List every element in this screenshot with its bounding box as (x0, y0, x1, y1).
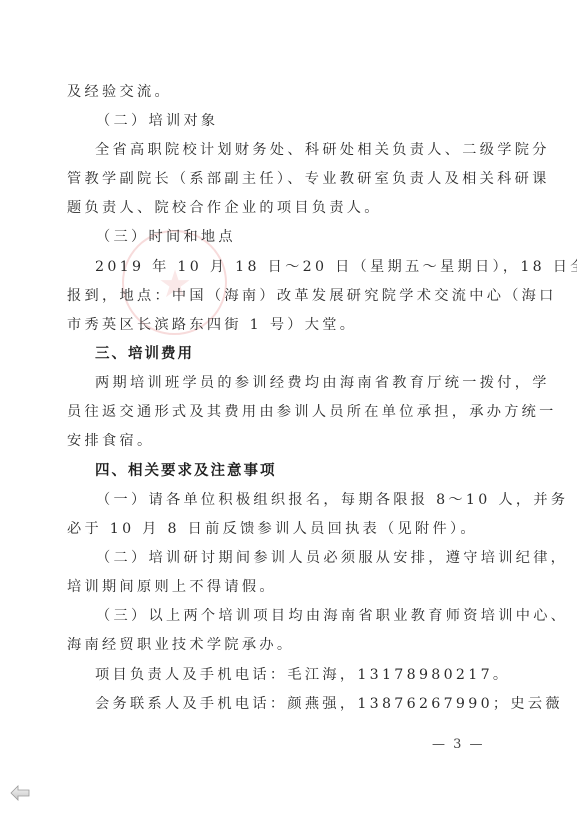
section-heading: 四、相关要求及注意事项 (95, 461, 277, 481)
contact-line: 会务联系人及手机电话：颜燕强，13876267990；史云薇 (95, 694, 563, 714)
text-line: 2019 年 10 月 18 日～20 日（星期五～星期日），18 日全天 (95, 257, 577, 277)
text-line: 必于 10 月 8 日前反馈参训人员回执表（见附件）。 (67, 519, 478, 539)
section-subheading: （二）培训对象 (96, 111, 218, 131)
text-line: 两期培训班学员的参训经费均由海南省教育厅统一拨付，学 (95, 373, 550, 393)
text-line: 培训期间原则上不得请假。 (67, 577, 277, 597)
back-arrow-icon[interactable] (10, 785, 30, 801)
page-number: — 3 — (432, 737, 485, 752)
text-line: 报到，地点：中国（海南）改革发展研究院学术交流中心（海口 (67, 286, 557, 306)
text-line: 安排食宿。 (67, 431, 154, 451)
text-line: 海南经贸职业技术学院承办。 (67, 635, 294, 655)
text-line: 题负责人、院校合作企业的项目负责人。 (67, 198, 382, 218)
text-line: （二）培训研讨期间参训人员必须服从安排，遵守培训纪律， (96, 548, 568, 568)
text-line: （一）请各单位积极组织报名，每期各限报 8～10 人，并务 (96, 490, 568, 510)
text-line: （三）以上两个培训项目均由海南省职业教育师资培训中心、 (96, 606, 568, 626)
text-line: 市秀英区长滨路东四街 1 号）大堂。 (67, 315, 357, 335)
text-line: 员往返交通形式及其费用由参训人员所在单位承担，承办方统一 (67, 402, 557, 422)
section-heading: 三、培训费用 (95, 344, 194, 364)
section-subheading: （三）时间和地点 (96, 227, 236, 247)
contact-line: 项目负责人及手机电话：毛江海，13178980217。 (95, 665, 510, 685)
document-page: ★ 及经验交流。 （二）培训对象 全省高职院校计划财务处、科研处相关负责人、二级… (0, 0, 577, 815)
text-line: 及经验交流。 (67, 82, 172, 102)
text-line: 全省高职院校计划财务处、科研处相关负责人、二级学院分 (95, 140, 550, 160)
text-line: 管教学副院长（系部副主任）、专业教研室负责人及相关科研课 (67, 169, 550, 189)
